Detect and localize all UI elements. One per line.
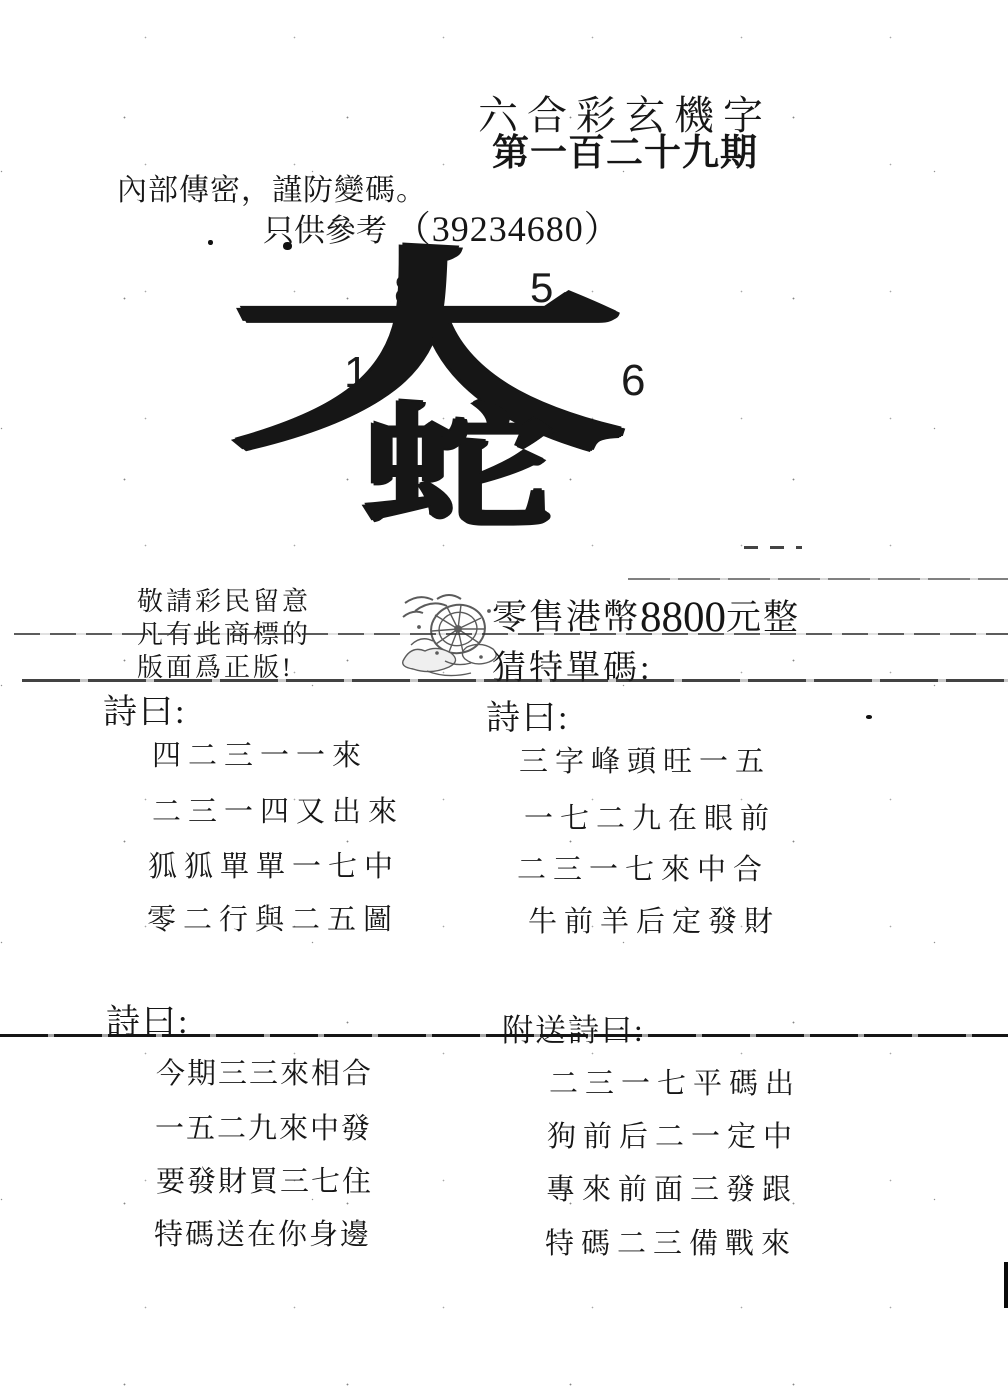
poem-line: 四二三一一來	[152, 733, 368, 774]
poem-header: 詩曰:	[103, 684, 186, 733]
poem-line: 特碼二三備戰來	[545, 1221, 797, 1262]
poem-line: 一七二九在眼前	[524, 796, 776, 837]
issue-number: 第一百二十九期	[492, 122, 758, 176]
poem-line: 專來前面三發跟	[546, 1167, 798, 1208]
authenticity-line: 敬請彩民留意	[137, 585, 311, 618]
guess-special-number-label: 猜特單碼:	[492, 640, 652, 689]
scan-artifact-line	[628, 578, 1008, 580]
calligraphy-sub-char: 蛇	[362, 402, 554, 537]
price-suffix: 元整	[726, 598, 800, 637]
poem-header: 詩曰:	[486, 690, 569, 739]
poem-line: 今期三三來相合	[156, 1051, 373, 1092]
poem-header: 詩曰:	[106, 994, 189, 1043]
poem-line: 二三一七來中合	[517, 847, 769, 888]
scan-artifact-dashes	[744, 546, 802, 549]
poem-line: 二三一四又出來	[152, 789, 404, 830]
poem-line: 狐狐單單一七中	[148, 844, 400, 885]
retail-price-line: 零售港幣8800元整	[492, 590, 800, 640]
poem-line: 一五二九來中發	[155, 1106, 372, 1147]
poem-line: 三字峰頭旺一五	[519, 739, 771, 780]
poem-line: 要發財買三七住	[156, 1159, 373, 1200]
ink-speck	[866, 715, 872, 719]
poem-line: 狗前后二一定中	[547, 1114, 799, 1155]
scanned-lottery-sheet: 六合彩玄機字 第一百二十九期 內部傳密，謹防變碼。 只供參考 （39234680…	[0, 0, 1008, 1388]
poem-line: 特碼送在你身邊	[154, 1212, 371, 1253]
ink-speck	[208, 240, 213, 245]
poem-line: 二三一七平碼出	[549, 1061, 801, 1102]
scan-edge-mark	[1004, 1262, 1008, 1308]
trademark-wheel-stamp-icon	[397, 587, 503, 687]
poem-header: 附送詩曰:	[502, 1005, 645, 1050]
authenticity-notice: 敬請彩民留意 凡有此商標的 版面爲正版!	[137, 585, 311, 684]
authenticity-line: 凡有此商標的	[137, 618, 311, 651]
poem-line: 零二行與二五圖	[147, 897, 399, 938]
poem-line: 牛前羊后定發財	[528, 899, 780, 940]
price-amount: 8800	[640, 594, 726, 641]
price-prefix: 零售港幣	[492, 598, 640, 637]
authenticity-line: 版面爲正版!	[137, 651, 311, 684]
